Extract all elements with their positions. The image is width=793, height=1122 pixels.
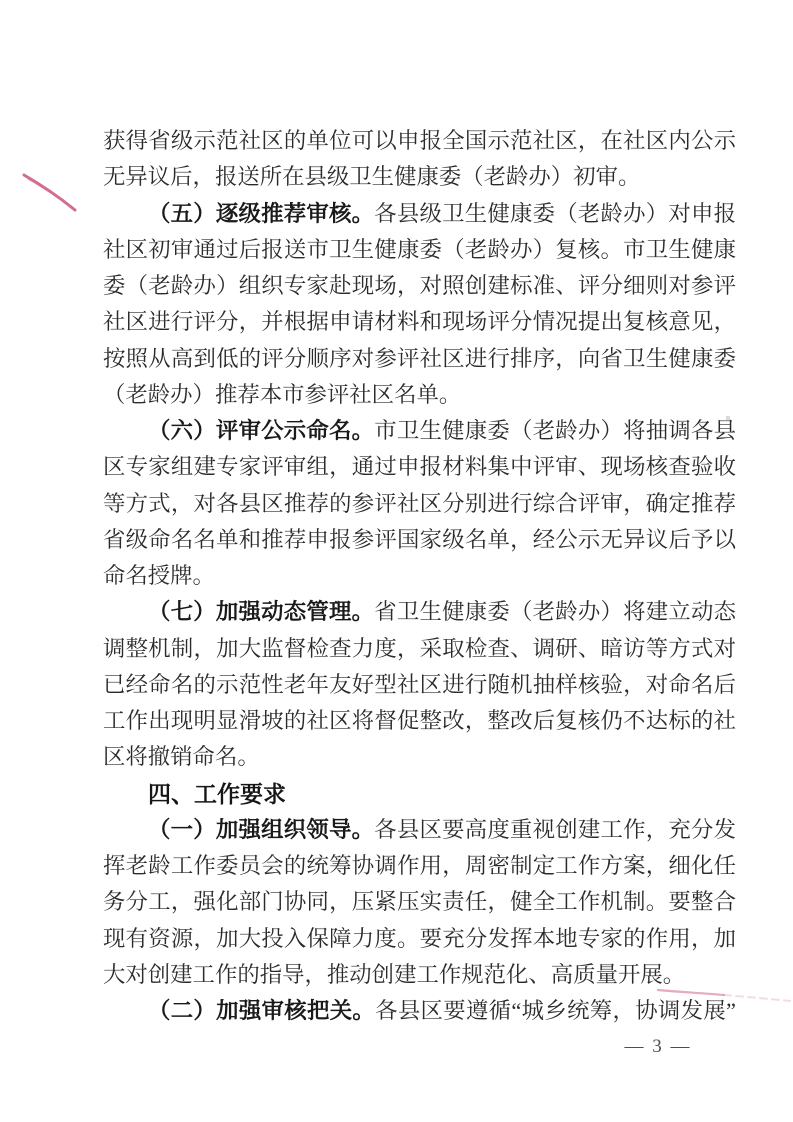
- text-line: 务分工，强化部门协同，压紧压实责任，健全工作机制。要整合: [103, 884, 736, 920]
- paragraph-lead: （二）加强审核把关。: [148, 998, 375, 1023]
- line-text: 命名授牌。: [103, 563, 215, 588]
- line-text: 区将撤销命名。: [103, 744, 260, 769]
- line-text: 各县区要高度重视创建工作，充分发: [374, 817, 736, 842]
- page-number: — 3 —: [610, 1036, 706, 1058]
- line-text: 委（老龄办）组织专家赴现场，对照创建标准、评分细则对参评: [103, 273, 736, 298]
- line-text: 社区进行评分，并根据申请材料和现场评分情况提出复核意见，: [103, 309, 736, 334]
- text-line: 区将撤销命名。: [103, 739, 736, 775]
- paragraph-lead: （一）加强组织领导。: [148, 817, 374, 842]
- text-line: 社区初审通过后报送市卫生健康委（老龄办）复核。市卫生健康: [103, 232, 736, 268]
- text-line: （老龄办）推荐本市参评社区名单。: [103, 377, 736, 413]
- heading-label: 四、工作要求: [148, 781, 286, 807]
- line-text: 等方式，对各县区推荐的参评社区分别进行综合评审，确定推荐: [103, 491, 736, 516]
- text-line: （二）加强审核把关。各县区要遵循“城乡统筹，协调发展”: [103, 993, 736, 1029]
- line-text: 省级命名名单和推荐申报参评国家级名单，经公示无异议后予以: [103, 527, 736, 552]
- line-text: 务分工，强化部门协同，压紧压实责任，健全工作机制。要整合: [103, 889, 736, 914]
- text-line: （一）加强组织领导。各县区要高度重视创建工作，充分发: [103, 812, 736, 848]
- line-text: 现有资源，加大投入保障力度。要充分发挥本地专家的作用，加: [103, 926, 736, 951]
- section-heading: 四、工作要求: [103, 776, 736, 812]
- paragraph-lead: （五）逐级推荐审核。: [148, 201, 374, 226]
- line-text: 无异议后，报送所在县级卫生健康委（老龄办）初审。: [103, 164, 640, 189]
- line-text: （老龄办）推荐本市参评社区名单。: [103, 382, 461, 407]
- text-line: 挥老龄工作委员会的统筹协调作用，周密制定工作方案，细化任: [103, 848, 736, 884]
- text-line: 按照从高到低的评分顺序对参评社区进行排序，向省卫生健康委: [103, 341, 736, 377]
- text-line: 区专家组建专家评审组，通过申报材料集中评审、现场核查验收: [103, 449, 736, 485]
- scan-speck: [723, 364, 726, 367]
- line-text: 社区初审通过后报送市卫生健康委（老龄办）复核。市卫生健康: [103, 237, 736, 262]
- paragraph-lead: （六）评审公示命名。: [148, 418, 374, 443]
- text-line: 工作出现明显滑坡的社区将督促整改，整改后复核仍不达标的社: [103, 703, 736, 739]
- scan-speck: [726, 416, 730, 420]
- line-text: 各县级卫生健康委（老龄办）对申报: [374, 201, 736, 226]
- text-line: 委（老龄办）组织专家赴现场，对照创建标准、评分细则对参评: [103, 268, 736, 304]
- line-text: 调整机制，加大监督检查力度，采取检查、调研、暗访等方式对: [103, 636, 736, 661]
- text-line: 调整机制，加大监督检查力度，采取检查、调研、暗访等方式对: [103, 631, 736, 667]
- text-line: 省级命名名单和推荐申报参评国家级名单，经公示无异议后予以: [103, 522, 736, 558]
- text-line: 无异议后，报送所在县级卫生健康委（老龄办）初审。: [103, 159, 736, 195]
- line-text: 挥老龄工作委员会的统筹协调作用，周密制定工作方案，细化任: [103, 853, 736, 878]
- scanned-document-page: 获得省级示范社区的单位可以申报全国示范社区，在社区内公示无异议后，报送所在县级卫…: [0, 0, 793, 1122]
- text-line: 社区进行评分，并根据申请材料和现场评分情况提出复核意见，: [103, 304, 736, 340]
- text-line: 等方式，对各县区推荐的参评社区分别进行综合评审，确定推荐: [103, 486, 736, 522]
- pen-streak-icon: [652, 982, 793, 1008]
- line-text: 大对创建工作的指导，推动创建工作规范化、高质量开展。: [103, 962, 685, 987]
- text-line: 大对创建工作的指导，推动创建工作规范化、高质量开展。: [103, 957, 736, 993]
- text-line: 现有资源，加大投入保障力度。要充分发挥本地专家的作用，加: [103, 921, 736, 957]
- text-line: （七）加强动态管理。省卫生健康委（老龄办）将建立动态: [103, 594, 736, 630]
- line-text: 工作出现明显滑坡的社区将督促整改，整改后复核仍不达标的社: [103, 708, 736, 733]
- pen-stroke-icon: [20, 170, 82, 216]
- line-text: 区专家组建专家评审组，通过申报材料集中评审、现场核查验收: [103, 454, 736, 479]
- text-line: （六）评审公示命名。市卫生健康委（老龄办）将抽调各县: [103, 413, 736, 449]
- line-text: 按照从高到低的评分顺序对参评社区进行排序，向省卫生健康委: [103, 346, 736, 371]
- text-line: 获得省级示范社区的单位可以申报全国示范社区，在社区内公示: [103, 123, 736, 159]
- line-text: 已经命名的示范性老年友好型社区进行随机抽样核验，对命名后: [103, 672, 736, 697]
- line-text: 获得省级示范社区的单位可以申报全国示范社区，在社区内公示: [103, 128, 736, 153]
- text-line: 已经命名的示范性老年友好型社区进行随机抽样核验，对命名后: [103, 667, 736, 703]
- text-line: （五）逐级推荐审核。各县级卫生健康委（老龄办）对申报: [103, 196, 736, 232]
- document-body: 获得省级示范社区的单位可以申报全国示范社区，在社区内公示无异议后，报送所在县级卫…: [103, 123, 736, 1029]
- paragraph-lead: （七）加强动态管理。: [148, 599, 374, 624]
- text-line: 命名授牌。: [103, 558, 736, 594]
- line-text: 省卫生健康委（老龄办）将建立动态: [374, 599, 736, 624]
- line-text: 市卫生健康委（老龄办）将抽调各县: [374, 418, 736, 443]
